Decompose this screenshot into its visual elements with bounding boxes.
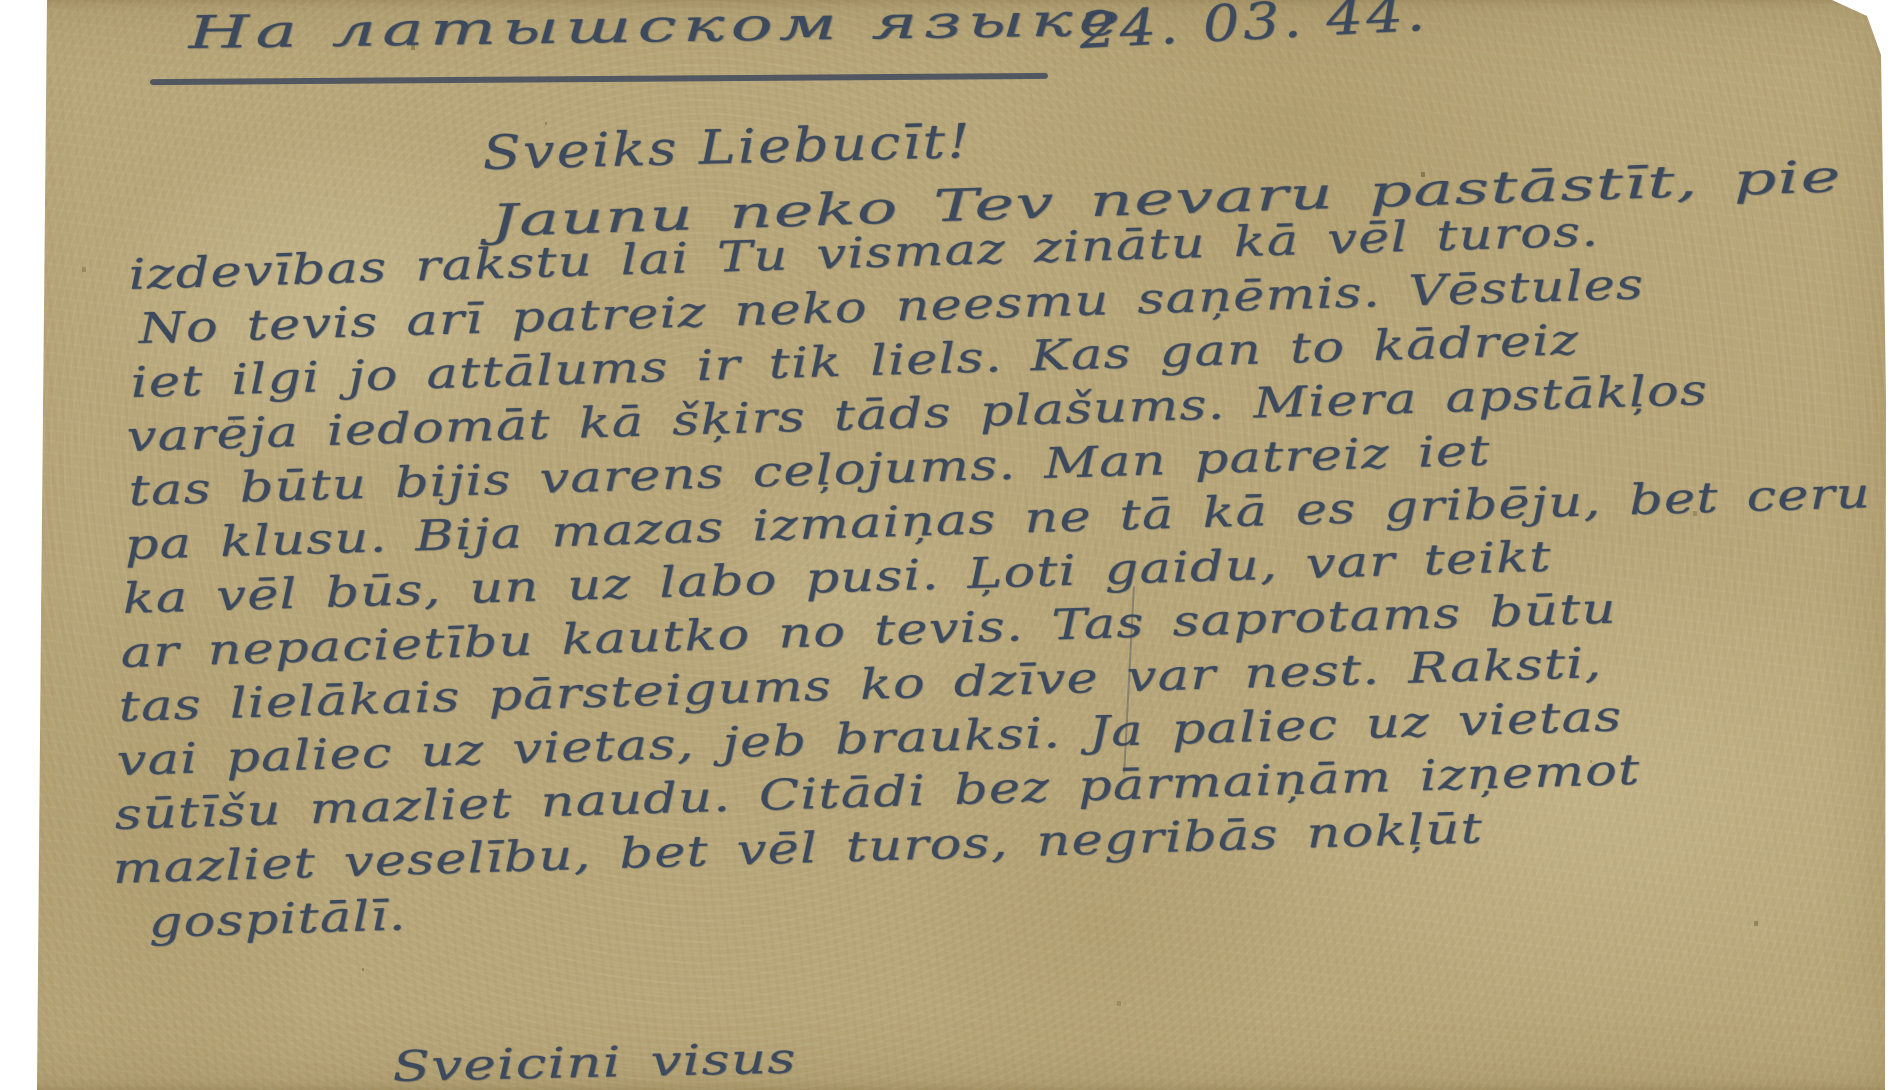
letter-paper: На латышском языке. 24. 03. 44. Sveiks L… xyxy=(0,0,1899,1090)
language-note: На латышском языке. xyxy=(188,0,1155,59)
language-note-underline xyxy=(150,73,1048,85)
letter-line-partial: Sveicini visus xyxy=(392,1034,797,1090)
letter-date: 24. 03. 44. xyxy=(1078,0,1429,60)
letter-line: gospitālī. xyxy=(148,890,407,947)
paper-specks xyxy=(0,0,2,3)
letter-greeting: Sveiks Liebucīt! xyxy=(482,114,973,181)
scan-background: На латышском языке. 24. 03. 44. Sveiks L… xyxy=(0,0,1899,1090)
